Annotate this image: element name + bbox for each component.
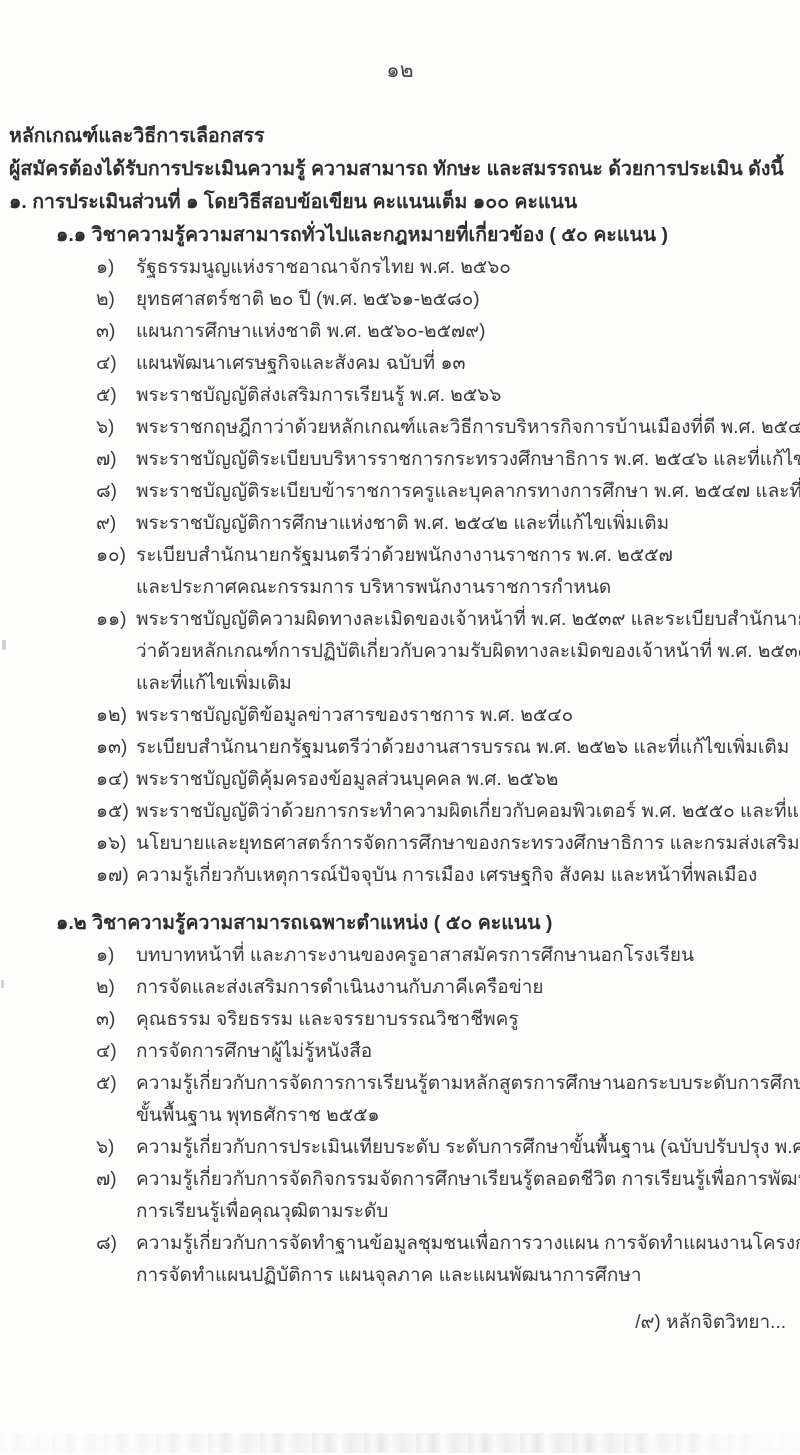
item-number: ๒) xyxy=(96,972,136,1004)
section-1-1-heading: ๑.๑ วิชาความรู้ความสามารถทั่วไปและกฎหมาย… xyxy=(0,219,800,252)
item-text: คุณธรรม จริยธรรม และจรรยาบรรณวิชาชีพครู xyxy=(136,1004,519,1036)
item-text: พระราชบัญญัติส่งเสริมการเรียนรู้ พ.ศ. ๒๕… xyxy=(136,380,501,412)
list-item: ๓)คุณธรรม จริยธรรม และจรรยาบรรณวิชาชีพคร… xyxy=(0,1004,800,1036)
item-number: ๑) xyxy=(96,252,136,284)
item-number xyxy=(96,1196,136,1228)
item-text: พระราชบัญญัติระเบียบบริหารราชการกระทรวงศ… xyxy=(136,444,800,476)
item-number xyxy=(96,1260,136,1292)
list-item: ๔)การจัดการศึกษาผู้ไม่รู้หนังสือ xyxy=(0,1036,800,1068)
item-text: ยุทธศาสตร์ชาติ ๒๐ ปี (พ.ศ. ๒๕๖๑-๒๕๘๐) xyxy=(136,284,480,316)
item-text: การจัดทำแผนปฏิบัติการ แผนจุลภาค และแผนพั… xyxy=(136,1260,642,1292)
item-number: ๔) xyxy=(96,1036,136,1068)
item-text: พระราชบัญญัติระเบียบข้าราชการครูและบุคลา… xyxy=(136,476,800,508)
intro-paragraph: ผู้สมัครต้องได้รับการประเมินความรู้ ความ… xyxy=(0,153,800,186)
list-item: ขั้นพื้นฐาน พุทธศักราช ๒๕๕๑ xyxy=(0,1100,800,1132)
item-text: นโยบายและยุทธศาสตร์การจัดการศึกษาของกระท… xyxy=(136,828,800,860)
list-item: ๔)แผนพัฒนาเศรษฐกิจและสังคม ฉบับที่ ๑๓ xyxy=(0,348,800,380)
item-text: ระเบียบสำนักนายกรัฐมนตรีว่าด้วยพนักงางาน… xyxy=(136,540,673,572)
list-item: ๖)ความรู้เกี่ยวกับการประเมินเทียบระดับ ร… xyxy=(0,1132,800,1164)
scan-artifact-band xyxy=(0,1433,800,1453)
list-item: ๑๖)นโยบายและยุทธศาสตร์การจัดการศึกษาของก… xyxy=(0,828,800,860)
item-number xyxy=(96,636,136,668)
item-number: ๑๐) xyxy=(96,540,136,572)
item-number: ๓) xyxy=(96,1004,136,1036)
list-item: ๑๗)ความรู้เกี่ยวกับเหตุการณ์ปัจจุบัน การ… xyxy=(0,860,800,892)
section-1-1-list: ๑)รัฐธรรมนูญแห่งราชอาณาจักรไทย พ.ศ. ๒๕๖๐… xyxy=(0,252,800,892)
item-number: ๘) xyxy=(96,1228,136,1260)
item-number: ๓) xyxy=(96,316,136,348)
continuation-note: /๙) หลักจิตวิทยา... xyxy=(0,1308,800,1338)
list-item: ๘)พระราชบัญญัติระเบียบข้าราชการครูและบุค… xyxy=(0,476,800,508)
item-text: ขั้นพื้นฐาน พุทธศักราช ๒๕๕๑ xyxy=(136,1100,380,1132)
list-item: ๑๓)ระเบียบสำนักนายกรัฐมนตรีว่าด้วยงานสาร… xyxy=(0,732,800,764)
item-number: ๑๒) xyxy=(96,700,136,732)
section-1-2-heading: ๑.๒ วิชาความรู้ความสามารถเฉพาะตำแหน่ง ( … xyxy=(0,907,800,940)
list-item: การจัดทำแผนปฏิบัติการ แผนจุลภาค และแผนพั… xyxy=(0,1260,800,1292)
part1-heading: ๑. การประเมินส่วนที่ ๑ โดยวิธีสอบข้อเขีย… xyxy=(0,186,800,219)
item-number: ๖) xyxy=(96,1132,136,1164)
list-item: ๖)พระราชกฤษฎีกาว่าด้วยหลักเกณฑ์และวิธีกา… xyxy=(0,412,800,444)
item-number: ๖) xyxy=(96,412,136,444)
item-number xyxy=(96,668,136,700)
section-1-2-list: ๑)บทบาทหน้าที่ และภาระงานของครูอาสาสมัคร… xyxy=(0,940,800,1292)
item-text: ความรู้เกี่ยวกับการจัดทำฐานข้อมูลชุมชนเพ… xyxy=(136,1228,800,1260)
list-item: ๑๑)พระราชบัญญัติความผิดทางละเมิดของเจ้าห… xyxy=(0,604,800,636)
list-item: ๑๕)พระราชบัญญัติว่าด้วยการกระทำความผิดเก… xyxy=(0,796,800,828)
item-text: แผนพัฒนาเศรษฐกิจและสังคม ฉบับที่ ๑๓ xyxy=(136,348,466,380)
item-text: ว่าด้วยหลักเกณฑ์การปฏิบัติเกี่ยวกับความร… xyxy=(136,636,800,668)
item-number: ๗) xyxy=(96,1164,136,1196)
item-number: ๑๔) xyxy=(96,764,136,796)
list-item: ๒)การจัดและส่งเสริมการดำเนินงานกับภาคีเค… xyxy=(0,972,800,1004)
item-text: แผนการศึกษาแห่งชาติ พ.ศ. ๒๕๖๐-๒๕๗๙) xyxy=(136,316,485,348)
item-number: ๔) xyxy=(96,348,136,380)
list-item: ๕)พระราชบัญญัติส่งเสริมการเรียนรู้ พ.ศ. … xyxy=(0,380,800,412)
list-item: ๑๒)พระราชบัญญัติข้อมูลข่าวสารของราชการ พ… xyxy=(0,700,800,732)
list-item: ๓)แผนการศึกษาแห่งชาติ พ.ศ. ๒๕๖๐-๒๕๗๙) xyxy=(0,316,800,348)
list-item: และที่แก้ไขเพิ่มเติม xyxy=(0,668,800,700)
list-item: ๕)ความรู้เกี่ยวกับการจัดการการเรียนรู้ตา… xyxy=(0,1068,800,1100)
item-text: และที่แก้ไขเพิ่มเติม xyxy=(136,668,292,700)
item-number: ๘) xyxy=(96,476,136,508)
item-number: ๑๖) xyxy=(96,828,136,860)
item-number: ๑๑) xyxy=(96,604,136,636)
list-item: และประกาศคณะกรรมการ บริหารพนักงานราชการก… xyxy=(0,572,800,604)
list-item: ๒)ยุทธศาสตร์ชาติ ๒๐ ปี (พ.ศ. ๒๕๖๑-๒๕๘๐) xyxy=(0,284,800,316)
list-item: ๑)รัฐธรรมนูญแห่งราชอาณาจักรไทย พ.ศ. ๒๕๖๐ xyxy=(0,252,800,284)
item-text: รัฐธรรมนูญแห่งราชอาณาจักรไทย พ.ศ. ๒๕๖๐ xyxy=(136,252,511,284)
item-number: ๕) xyxy=(96,380,136,412)
item-text: การเรียนรู้เพื่อคุณวุฒิตามระดับ xyxy=(136,1196,388,1228)
item-text: การจัดการศึกษาผู้ไม่รู้หนังสือ xyxy=(136,1036,372,1068)
list-item: ๑๐)ระเบียบสำนักนายกรัฐมนตรีว่าด้วยพนักงา… xyxy=(0,540,800,572)
item-number: ๗) xyxy=(96,444,136,476)
item-text: การจัดและส่งเสริมการดำเนินงานกับภาคีเครื… xyxy=(136,972,544,1004)
item-number xyxy=(96,1100,136,1132)
list-item: ๗)พระราชบัญญัติระเบียบบริหารราชการกระทรว… xyxy=(0,444,800,476)
item-text: พระราชบัญญัติข้อมูลข่าวสารของราชการ พ.ศ.… xyxy=(136,700,573,732)
item-number: ๙) xyxy=(96,508,136,540)
item-text: พระราชกฤษฎีกาว่าด้วยหลักเกณฑ์และวิธีการบ… xyxy=(136,412,800,444)
scan-speck xyxy=(2,640,6,650)
item-number: ๒) xyxy=(96,284,136,316)
item-number: ๑) xyxy=(96,940,136,972)
document-title: หลักเกณฑ์และวิธีการเลือกสรร xyxy=(0,120,800,153)
item-text: และประกาศคณะกรรมการ บริหารพนักงานราชการก… xyxy=(136,572,611,604)
item-text: พระราชบัญญัติว่าด้วยการกระทำความผิดเกี่ย… xyxy=(136,796,800,828)
item-text: ความรู้เกี่ยวกับการจัดการการเรียนรู้ตามห… xyxy=(136,1068,800,1100)
list-item: ว่าด้วยหลักเกณฑ์การปฏิบัติเกี่ยวกับความร… xyxy=(0,636,800,668)
item-number: ๑๓) xyxy=(96,732,136,764)
list-item: ๑๔)พระราชบัญญัติคุ้มครองข้อมูลส่วนบุคคล … xyxy=(0,764,800,796)
list-item: ๑)บทบาทหน้าที่ และภาระงานของครูอาสาสมัคร… xyxy=(0,940,800,972)
item-number: ๕) xyxy=(96,1068,136,1100)
scanned-document-page: ๑๒ หลักเกณฑ์และวิธีการเลือกสรร ผู้สมัครต… xyxy=(0,0,800,1455)
list-item: การเรียนรู้เพื่อคุณวุฒิตามระดับ xyxy=(0,1196,800,1228)
item-number: ๑๕) xyxy=(96,796,136,828)
item-text: ความรู้เกี่ยวกับเหตุการณ์ปัจจุบัน การเมื… xyxy=(136,860,757,892)
list-item: ๙)พระราชบัญญัติการศึกษาแห่งชาติ พ.ศ. ๒๕๔… xyxy=(0,508,800,540)
item-text: ความรู้เกี่ยวกับการจัดกิจกรรมจัดการศึกษา… xyxy=(136,1164,800,1196)
page-number: ๑๒ xyxy=(0,0,800,84)
list-item: ๘)ความรู้เกี่ยวกับการจัดทำฐานข้อมูลชุมชน… xyxy=(0,1228,800,1260)
item-number xyxy=(96,572,136,604)
item-text: บทบาทหน้าที่ และภาระงานของครูอาสาสมัครกา… xyxy=(136,940,694,972)
scan-speck xyxy=(1,980,4,988)
item-text: พระราชบัญญัติคุ้มครองข้อมูลส่วนบุคคล พ.ศ… xyxy=(136,764,558,796)
list-item: ๗)ความรู้เกี่ยวกับการจัดกิจกรรมจัดการศึก… xyxy=(0,1164,800,1196)
item-text: พระราชบัญญัติความผิดทางละเมิดของเจ้าหน้า… xyxy=(136,604,800,636)
item-text: ระเบียบสำนักนายกรัฐมนตรีว่าด้วยงานสารบรร… xyxy=(136,732,789,764)
item-text: พระราชบัญญัติการศึกษาแห่งชาติ พ.ศ. ๒๕๔๒ … xyxy=(136,508,669,540)
item-number: ๑๗) xyxy=(96,860,136,892)
item-text: ความรู้เกี่ยวกับการประเมินเทียบระดับ ระด… xyxy=(136,1132,800,1164)
